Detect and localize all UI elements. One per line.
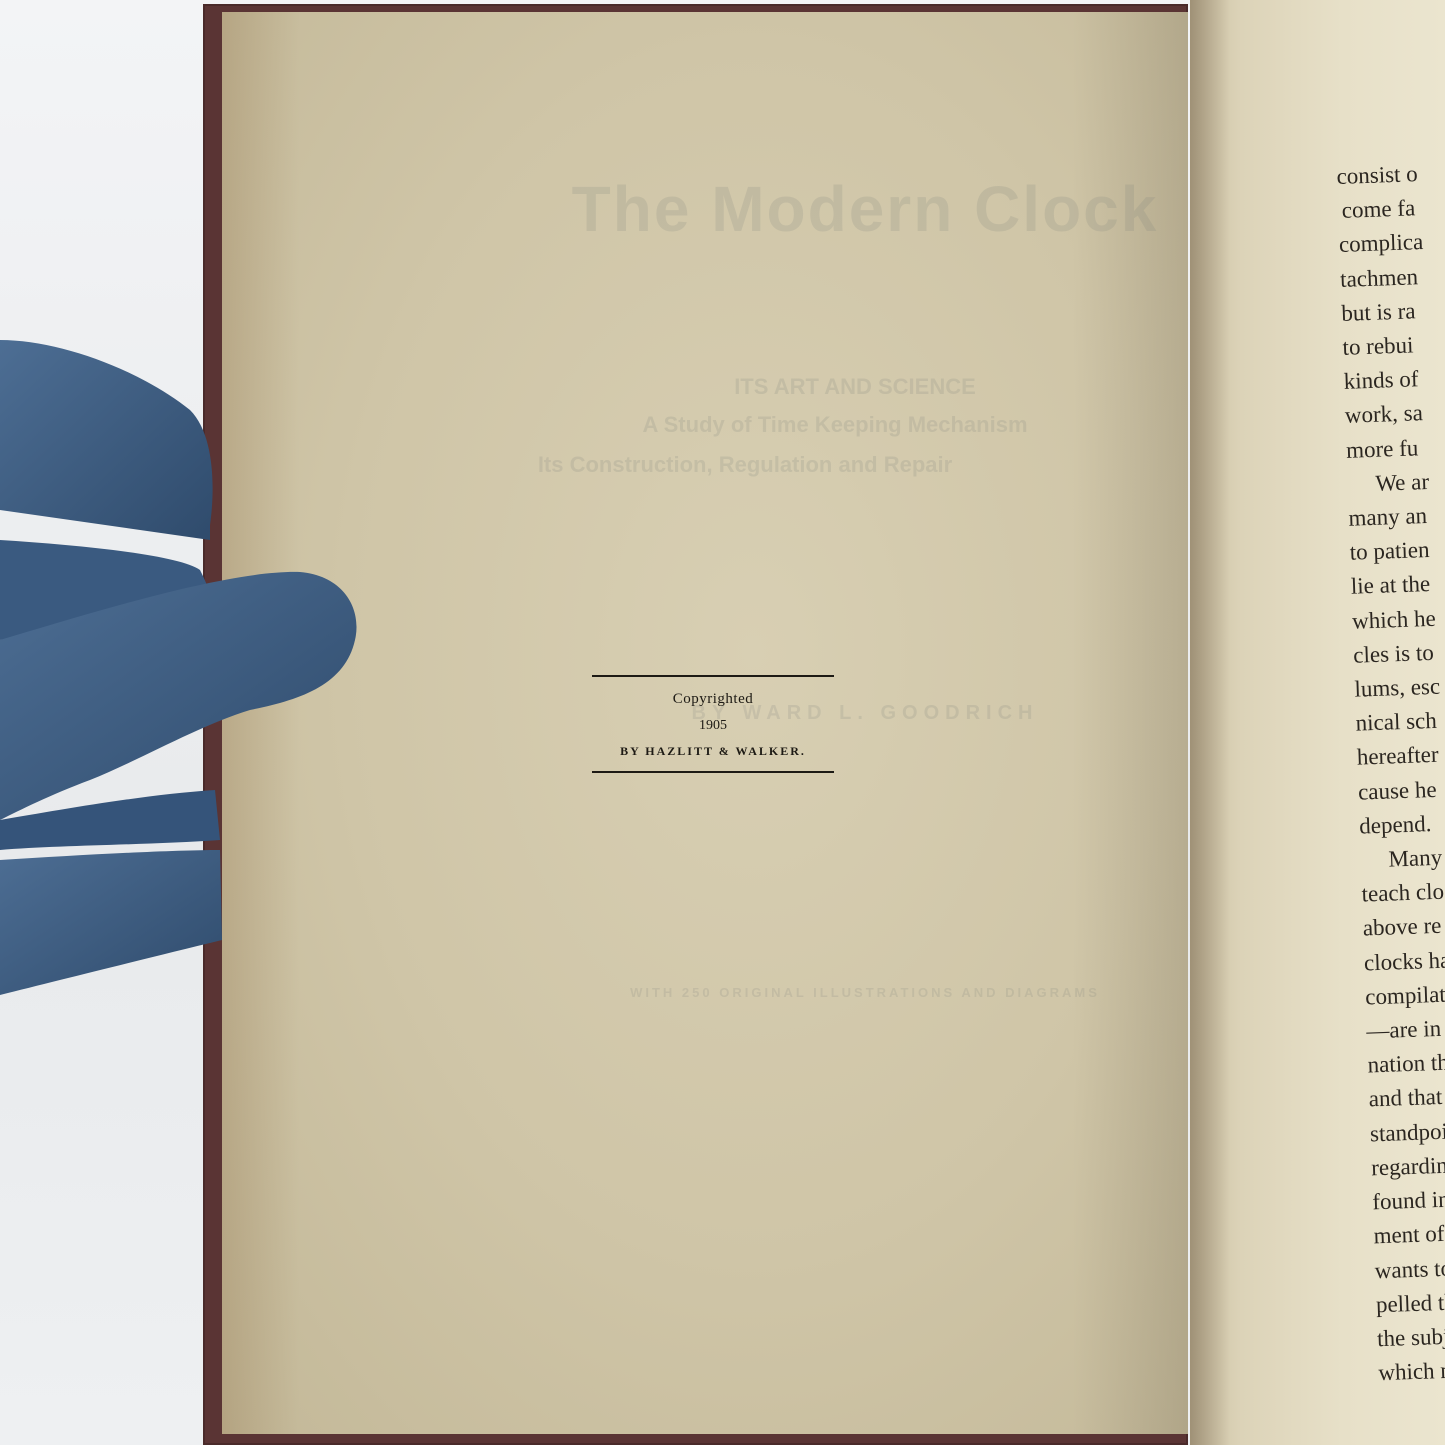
text-line: consist o [1336, 155, 1445, 194]
text-line: compilati [1365, 975, 1445, 1014]
bleed-through-subtitle: ITS ART AND SCIENCE [222, 374, 1188, 400]
text-line: tachmen [1340, 258, 1445, 297]
text-line: —are in [1366, 1010, 1445, 1049]
text-line: cles is to [1353, 634, 1445, 673]
text-line: work, sa [1344, 394, 1445, 433]
text-line: We ar [1347, 463, 1445, 502]
text-line: lums, esc [1354, 668, 1445, 707]
gloved-hand [0, 340, 360, 1000]
text-line: standpoin [1369, 1112, 1445, 1151]
text-line: to patien [1349, 531, 1445, 570]
text-line: above re [1362, 907, 1445, 946]
text-line: which he [1352, 599, 1445, 638]
text-line: kinds of [1343, 360, 1445, 399]
text-line: which mu [1378, 1351, 1445, 1390]
text-line: clocks ha [1363, 941, 1445, 980]
text-line: come fa [1337, 189, 1445, 228]
top-rule [592, 675, 834, 677]
text-line: more fu [1346, 429, 1445, 468]
text-line: but is ra [1341, 292, 1445, 331]
text-line: many an [1348, 497, 1445, 536]
text-line: the subje [1377, 1317, 1445, 1356]
text-line: hereafter [1356, 736, 1445, 775]
bleed-through-title: The Modern Clock [222, 172, 1188, 246]
text-line: complica [1338, 223, 1445, 262]
text-line: depend. [1359, 805, 1445, 844]
text-line: nation th [1367, 1044, 1445, 1083]
text-line: ment of t [1373, 1215, 1445, 1254]
bottom-rule [592, 771, 834, 773]
text-line: to rebui [1342, 326, 1445, 365]
bleed-through-subtitle: Its Construction, Regulation and Repair [222, 452, 1188, 478]
text-line: nical sch [1355, 702, 1445, 741]
text-line: pelled th [1375, 1283, 1445, 1322]
text-line: found in [1372, 1181, 1445, 1220]
text-line: Many [1360, 839, 1445, 878]
copyright-holder: BY HAZLITT & WALKER. [592, 744, 834, 759]
text-line: cause he [1357, 770, 1445, 809]
text-line: teach clo [1361, 873, 1445, 912]
page-gutter-shadow [1190, 0, 1230, 1445]
text-line: wants to [1374, 1249, 1445, 1288]
text-line: and that [1368, 1078, 1445, 1117]
copyright-year: 1905 [592, 718, 834, 734]
text-line: lie at the [1350, 565, 1445, 604]
copyright-label: Copyrighted [592, 691, 834, 708]
left-page: The Modern Clock ITS ART AND SCIENCE A S… [222, 12, 1188, 1434]
text-line: regarding [1371, 1146, 1445, 1185]
bleed-through-illustrations: WITH 250 ORIGINAL ILLUSTRATIONS AND DIAG… [222, 985, 1188, 1000]
copyright-notice: Copyrighted 1905 BY HAZLITT & WALKER. [592, 675, 834, 773]
bleed-through-subtitle: A Study of Time Keeping Mechanism [222, 412, 1188, 438]
